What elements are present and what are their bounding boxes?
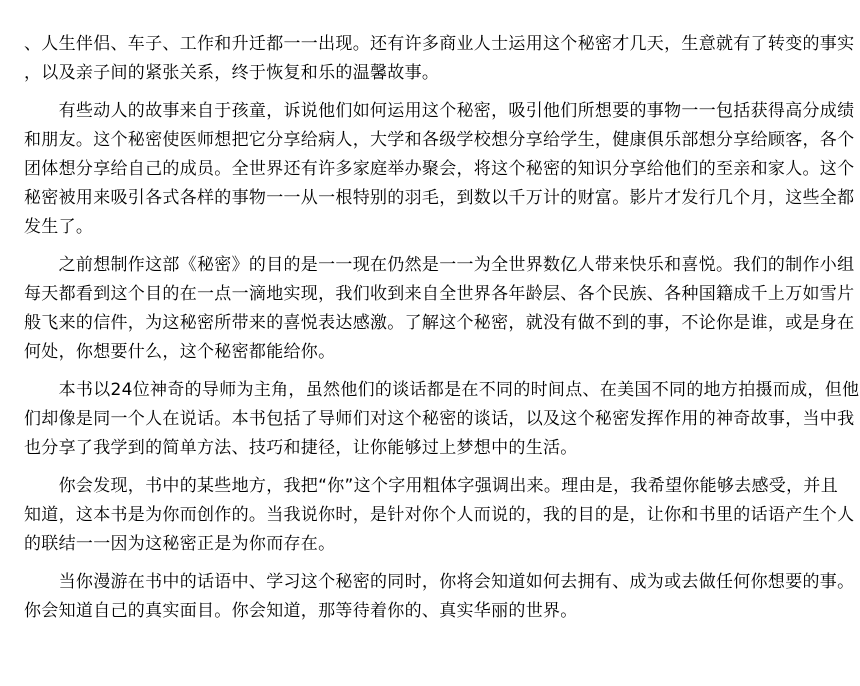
text-line: 有些动人的故事来自于孩童，诉说他们如何运用这个秘密，吸引他们所想要的事物一一包括… bbox=[24, 97, 854, 126]
text-line: 当你漫游在书中的话语中、学习这个秘密的同时，你将会知道如何去拥有、成为或去做任何… bbox=[24, 568, 854, 597]
paragraph: 本书以24位神奇的导师为主角，虽然他们的谈话都是在不同的时间点、在美国不同的地方… bbox=[24, 376, 854, 463]
paragraph: 之前想制作这部《秘密》的目的是一一现在仍然是一一为全世界数亿人带来快乐和喜悦。我… bbox=[24, 251, 854, 367]
text-line: 般飞来的信件，为这秘密所带来的喜悦表达感激。了解这个秘密，就没有做不到的事，不论… bbox=[24, 309, 854, 338]
text-line: 何处，你想要什么，这个秘密都能给你。 bbox=[24, 338, 854, 367]
text-line: 知道，这本书是为你而创作的。当我说你时，是针对你个人而说的，我的目的是，让你和书… bbox=[24, 501, 854, 530]
text-line: 本书以24位神奇的导师为主角，虽然他们的谈话都是在不同的时间点、在美国不同的地方… bbox=[24, 376, 854, 405]
text-line: 的联结一一因为这秘密正是为你而存在。 bbox=[24, 530, 854, 559]
text-line: 也分享了我学到的简单方法、技巧和捷径，让你能够过上梦想中的生活。 bbox=[24, 434, 854, 463]
text-line: 秘密被用来吸引各式各样的事物一一从一根特别的羽毛，到数以千万计的财富。影片才发行… bbox=[24, 184, 854, 213]
text-line: 和朋友。这个秘密使医师想把它分享给病人，大学和各级学校想分享给学生，健康俱乐部想… bbox=[24, 126, 854, 155]
text-line: ，以及亲子间的紧张关系，终于恢复和乐的温馨故事。 bbox=[24, 59, 854, 88]
text-line: 你会知道自己的真实面目。你会知道，那等待着你的、真实华丽的世界。 bbox=[24, 597, 854, 626]
text-line: 每天都看到这个目的在一点一滴地实现，我们收到来自全世界各年龄层、各个民族、各种国… bbox=[24, 280, 854, 309]
paragraph: 你会发现，书中的某些地方，我把“你”这个字用粗体字强调出来。理由是，我希望你能够… bbox=[24, 472, 854, 559]
text-line: 、人生伴侣、车子、工作和升迁都一一出现。还有许多商业人士运用这个秘密才几天，生意… bbox=[24, 30, 854, 59]
text-line: 你会发现，书中的某些地方，我把“你”这个字用粗体字强调出来。理由是，我希望你能够… bbox=[24, 472, 854, 501]
text-line: 发生了。 bbox=[24, 213, 854, 242]
text-line: 们却像是同一个人在说话。本书包括了导师们对这个秘密的谈话，以及这个秘密发挥作用的… bbox=[24, 405, 854, 434]
text-line: 团体想分享给自己的成员。全世界还有许多家庭举办聚会，将这个秘密的知识分享给他们的… bbox=[24, 155, 854, 184]
paragraph: 有些动人的故事来自于孩童，诉说他们如何运用这个秘密，吸引他们所想要的事物一一包括… bbox=[24, 97, 854, 242]
paragraph: 当你漫游在书中的话语中、学习这个秘密的同时，你将会知道如何去拥有、成为或去做任何… bbox=[24, 568, 854, 626]
paragraph: 、人生伴侣、车子、工作和升迁都一一出现。还有许多商业人士运用这个秘密才几天，生意… bbox=[24, 30, 854, 88]
text-line: 之前想制作这部《秘密》的目的是一一现在仍然是一一为全世界数亿人带来快乐和喜悦。我… bbox=[24, 251, 854, 280]
document-page: 、人生伴侣、车子、工作和升迁都一一出现。还有许多商业人士运用这个秘密才几天，生意… bbox=[0, 0, 860, 686]
